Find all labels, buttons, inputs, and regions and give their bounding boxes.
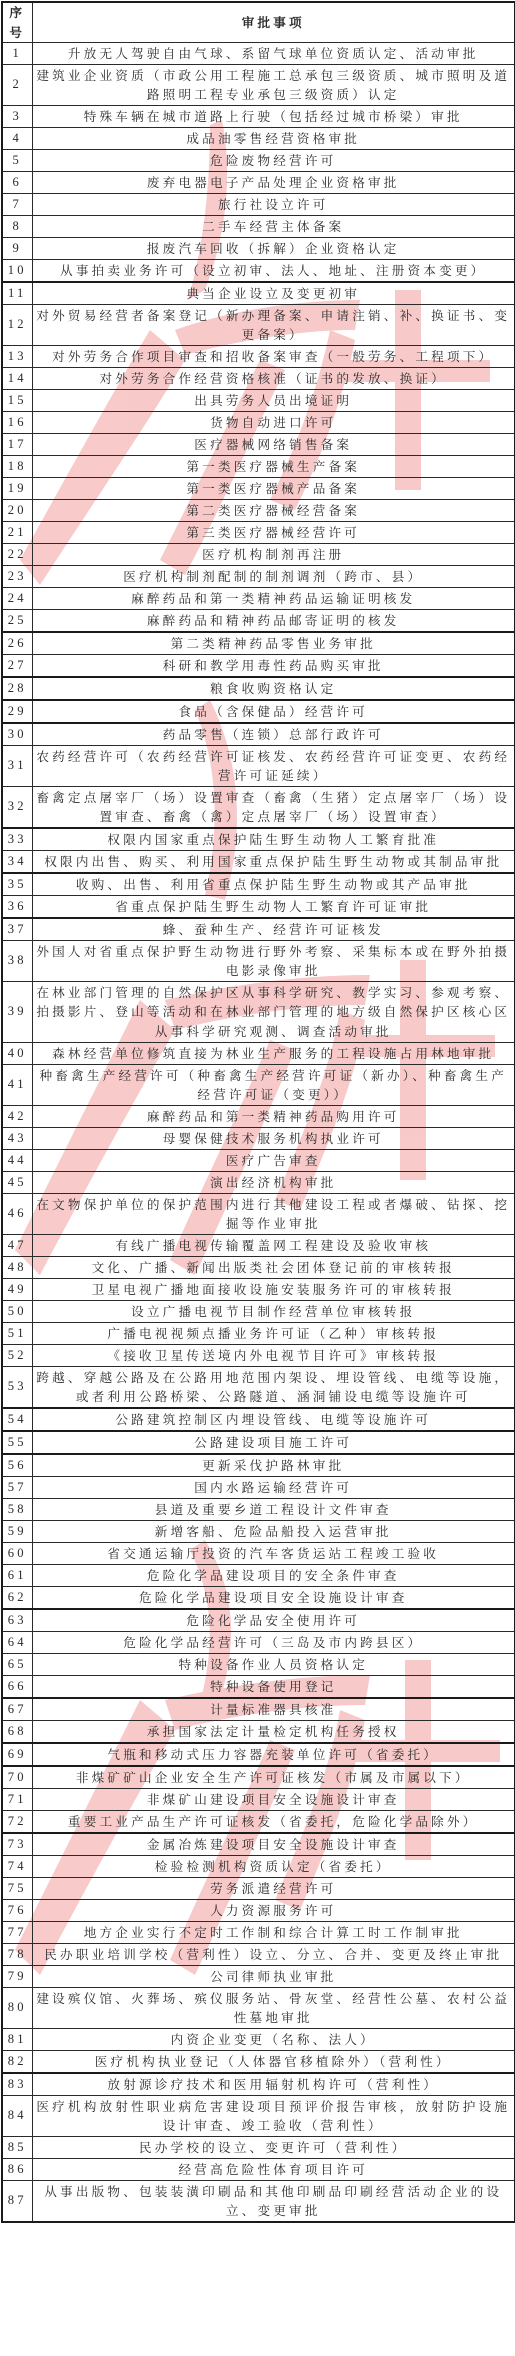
table-row: 6废弃电器电子产品处理企业资格审批 (2, 172, 515, 194)
row-number: 40 (2, 1043, 32, 1065)
table-row: 73金属冶炼建设项目安全设施设计审查 (2, 1833, 515, 1856)
row-number: 47 (2, 1235, 32, 1257)
approval-item-text: 对外劳务合作经营资格核准（证书的发放、换证） (32, 368, 515, 390)
row-number: 41 (2, 1065, 32, 1106)
table-row: 13对外劳务合作项目审查和招收备案审查（一般劳务、工程项下） (2, 346, 515, 368)
table-row: 39在林业部门管理的自然保护区从事科学研究、教学实习、参观考察、拍摄影片、登山等… (2, 982, 515, 1043)
row-number: 34 (2, 851, 32, 874)
approval-item-text: 经营高危险性体育项目许可 (32, 2159, 515, 2181)
table-row: 18第一类医疗器械生产备案 (2, 456, 515, 478)
approval-item-text: 演出经济机构审批 (32, 1172, 515, 1194)
table-row: 26第二类精神药品零售业务审批 (2, 632, 515, 655)
row-number: 72 (2, 1811, 32, 1834)
table-row: 56更新采伐护路林审批 (2, 1454, 515, 1477)
table-row: 5危险废物经营许可 (2, 150, 515, 172)
table-row: 17医疗器械网络销售备案 (2, 434, 515, 456)
approval-item-text: 民办职业培训学校（营利性）设立、分立、合并、变更及终止审批 (32, 1944, 515, 1966)
table-row: 19第一类医疗器械产品备案 (2, 478, 515, 500)
approval-item-text: 第三类医疗器械经营许可 (32, 522, 515, 544)
row-number: 19 (2, 478, 32, 500)
approval-item-text: 人力资源服务许可 (32, 1900, 515, 1922)
table-row: 38外国人对省重点保护野生动物进行野外考察、采集标本或在野外拍摄电影录像审批 (2, 941, 515, 982)
approval-item-text: 非煤矿矿山企业安全生产许可证核发（市属及市属以下） (32, 1766, 515, 1789)
approval-item-text: 在林业部门管理的自然保护区从事科学研究、教学实习、参观考察、拍摄影片、登山等活动… (32, 982, 515, 1043)
approval-item-text: 特种设备作业人员资格认定 (32, 1654, 515, 1676)
approval-item-text: 危险化学品建设项目的安全条件审查 (32, 1565, 515, 1587)
table-row: 54公路建筑控制区内埋设管线、电缆等设施许可 (2, 1408, 515, 1431)
table-row: 37蜂、蚕种生产、经营许可证核发 (2, 918, 515, 941)
approval-item-text: 第二类医疗器械经营备案 (32, 500, 515, 522)
table-row: 74检验检测机构资质认定（省委托） (2, 1856, 515, 1878)
table-row: 68承担国家法定计量检定机构任务授权 (2, 1721, 515, 1744)
approval-item-text: 国内水路运输经营许可 (32, 1477, 515, 1499)
row-number: 3 (2, 106, 32, 128)
table-row: 16货物自动进口许可 (2, 412, 515, 434)
table-row: 60省交通运输厅投资的汽车客货运站工程竣工验收 (2, 1543, 515, 1565)
approval-item-text: 升放无人驾驶自由气球、系留气球单位资质认定、活动审批 (32, 43, 515, 65)
approval-item-text: 承担国家法定计量检定机构任务授权 (32, 1721, 515, 1744)
approval-item-text: 科研和教学用毒性药品购买审批 (32, 655, 515, 678)
table-row: 57国内水路运输经营许可 (2, 1477, 515, 1499)
table-row: 34权限内出售、购买、利用国家重点保护陆生野生动物或其制品审批 (2, 851, 515, 874)
row-number: 43 (2, 1128, 32, 1150)
row-number: 23 (2, 566, 32, 588)
table-row: 69气瓶和移动式压力容器充装单位许可（省委托） (2, 1743, 515, 1766)
approval-item-text: 蜂、蚕种生产、经营许可证核发 (32, 918, 515, 941)
approval-item-text: 公路建筑控制区内埋设管线、电缆等设施许可 (32, 1408, 515, 1431)
table-row: 22医疗机构制剂再注册 (2, 544, 515, 566)
table-row: 27科研和教学用毒性药品购买审批 (2, 655, 515, 678)
row-number: 29 (2, 700, 32, 723)
row-number: 86 (2, 2159, 32, 2181)
row-number: 24 (2, 588, 32, 610)
table-row: 36省重点保护陆生野生动物人工繁育许可证审批 (2, 896, 515, 919)
row-number: 84 (2, 2096, 32, 2137)
approval-item-text: 金属冶炼建设项目安全设施设计审查 (32, 1833, 515, 1856)
approval-item-text: 卫星电视广播地面接收设施安装服务许可的审核转报 (32, 1279, 515, 1301)
table-row: 84医疗机构放射性职业病危害建设项目预评价报告审核，放射防护设施设计审查、竣工验… (2, 2096, 515, 2137)
table-row: 31农药经营许可（农药经营许可证核发、农药经营许可证变更、农药经营许可证延续） (2, 746, 515, 787)
table-row: 71非煤矿山建设项目安全设施设计审查 (2, 1789, 515, 1811)
row-number: 55 (2, 1431, 32, 1454)
table-row: 20第二类医疗器械经营备案 (2, 500, 515, 522)
row-number: 33 (2, 828, 32, 851)
approval-item-text: 公路建设项目施工许可 (32, 1431, 515, 1454)
row-number: 68 (2, 1721, 32, 1744)
row-number: 80 (2, 1988, 32, 2029)
row-number: 85 (2, 2137, 32, 2159)
row-number: 49 (2, 1279, 32, 1301)
table-row: 62危险化学品建设项目安全设施设计审查 (2, 1587, 515, 1610)
approval-item-text: 从事出版物、包装装潢印刷品和其他印刷品印刷经营活动企业的设立、变更审批 (32, 2181, 515, 2223)
approval-item-text: 新增客船、危险品船投入运营审批 (32, 1521, 515, 1543)
approval-item-text: 农药经营许可（农药经营许可证核发、农药经营许可证变更、农药经营许可证延续） (32, 746, 515, 787)
row-number: 31 (2, 746, 32, 787)
table-row: 80建设殡仪馆、火葬场、殡仪服务站、骨灰堂、经营性公墓、农村公益性墓地审批 (2, 1988, 515, 2029)
table-row: 3特殊车辆在城市道路上行驶（包括经过城市桥梁）审批 (2, 106, 515, 128)
row-number: 9 (2, 238, 32, 260)
table-row: 67计量标准器具核准 (2, 1698, 515, 1721)
table-row: 64危险化学品经营许可（三岛及市内跨县区） (2, 1632, 515, 1654)
table-row: 50设立广播电视节目制作经营单位审核转报 (2, 1301, 515, 1323)
table-row: 55公路建设项目施工许可 (2, 1431, 515, 1454)
table-row: 85民办学校的设立、变更许可（营利性） (2, 2137, 515, 2159)
row-number: 56 (2, 1454, 32, 1477)
row-number: 82 (2, 2051, 32, 2074)
row-number: 57 (2, 1477, 32, 1499)
row-number: 12 (2, 305, 32, 346)
row-number: 32 (2, 787, 32, 829)
row-number: 20 (2, 500, 32, 522)
approval-item-text: 森林经营单位修筑直接为林业生产服务的工程设施占用林地审批 (32, 1043, 515, 1065)
row-number: 60 (2, 1543, 32, 1565)
approval-item-text: 有线广播电视传输覆盖网工程建设及验收审核 (32, 1235, 515, 1257)
approval-item-text: 货物自动进口许可 (32, 412, 515, 434)
approval-item-text: 计量标准器具核准 (32, 1698, 515, 1721)
row-number: 62 (2, 1587, 32, 1610)
table-row: 66特种设备使用登记 (2, 1676, 515, 1699)
approval-items-table: 序号 审批事项 1升放无人驾驶自由气球、系留气球单位资质认定、活动审批2建筑业企… (1, 1, 515, 2223)
row-number: 42 (2, 1106, 32, 1128)
table-row: 32畜禽定点屠宰厂（场）设置审查（畜禽（生猪）定点屠宰厂（场）设置审查、畜禽（禽… (2, 787, 515, 829)
row-number: 25 (2, 610, 32, 633)
table-row: 45演出经济机构审批 (2, 1172, 515, 1194)
approval-item-text: 旅行社设立许可 (32, 194, 515, 216)
row-number: 87 (2, 2181, 32, 2223)
table-row: 35收购、出售、利用省重点保护陆生野生动物或其产品审批 (2, 873, 515, 896)
table-row: 2建筑业企业资质（市政公用工程施工总承包三级资质、城市照明及道路照明工程专业承包… (2, 65, 515, 106)
approval-item-text: 麻醉药品和精神药品邮寄证明的核发 (32, 610, 515, 633)
row-number: 11 (2, 282, 32, 305)
row-number: 76 (2, 1900, 32, 1922)
row-number: 63 (2, 1609, 32, 1632)
row-number: 22 (2, 544, 32, 566)
table-row: 83放射源诊疗技术和医用辐射机构许可（营利性） (2, 2073, 515, 2096)
table-row: 40森林经营单位修筑直接为林业生产服务的工程设施占用林地审批 (2, 1043, 515, 1065)
row-number: 7 (2, 194, 32, 216)
row-number: 58 (2, 1499, 32, 1521)
table-row: 14对外劳务合作经营资格核准（证书的发放、换证） (2, 368, 515, 390)
row-number: 17 (2, 434, 32, 456)
row-number: 30 (2, 723, 32, 746)
row-number: 2 (2, 65, 32, 106)
table-row: 42麻醉药品和第一类精神药品购用许可 (2, 1106, 515, 1128)
approval-item-text: 危险废物经营许可 (32, 150, 515, 172)
table-row: 65特种设备作业人员资格认定 (2, 1654, 515, 1676)
approval-item-text: 第一类医疗器械产品备案 (32, 478, 515, 500)
approval-item-text: 广播电视视频点播业务许可证（乙种）审核转报 (32, 1323, 515, 1345)
approval-item-text: 民办学校的设立、变更许可（营利性） (32, 2137, 515, 2159)
table-row: 33权限内国家重点保护陆生野生动物人工繁育批准 (2, 828, 515, 851)
table-header-row: 序号 审批事项 (2, 2, 515, 43)
approval-item-text: 母婴保健技术服务机构执业许可 (32, 1128, 515, 1150)
row-number: 39 (2, 982, 32, 1043)
table-row: 79公司律师执业审批 (2, 1966, 515, 1988)
approval-item-text: 麻醉药品和第一类精神药品购用许可 (32, 1106, 515, 1128)
table-row: 87从事出版物、包装装潢印刷品和其他印刷品印刷经营活动企业的设立、变更审批 (2, 2181, 515, 2223)
approval-item-text: 医疗广告审查 (32, 1150, 515, 1172)
row-number: 50 (2, 1301, 32, 1323)
row-number: 21 (2, 522, 32, 544)
approval-item-text: 权限内国家重点保护陆生野生动物人工繁育批准 (32, 828, 515, 851)
row-number: 35 (2, 873, 32, 896)
approval-item-text: 内资企业变更（名称、法人） (32, 2029, 515, 2051)
table-row: 47有线广播电视传输覆盖网工程建设及验收审核 (2, 1235, 515, 1257)
approval-item-text: 气瓶和移动式压力容器充装单位许可（省委托） (32, 1743, 515, 1766)
row-number: 26 (2, 632, 32, 655)
row-number: 54 (2, 1408, 32, 1431)
row-number: 65 (2, 1654, 32, 1676)
approval-item-text: 放射源诊疗技术和医用辐射机构许可（营利性） (32, 2073, 515, 2096)
row-number: 36 (2, 896, 32, 919)
row-number: 44 (2, 1150, 32, 1172)
approval-item-text: 废弃电器电子产品处理企业资格审批 (32, 172, 515, 194)
table-row: 78民办职业培训学校（营利性）设立、分立、合并、变更及终止审批 (2, 1944, 515, 1966)
approval-item-text: 二手车经营主体备案 (32, 216, 515, 238)
approval-item-text: 县道及重要乡道工程设计文件审查 (32, 1499, 515, 1521)
row-number: 6 (2, 172, 32, 194)
row-number: 37 (2, 918, 32, 941)
row-number: 5 (2, 150, 32, 172)
table-row: 9报废汽车回收（拆解）企业资格认定 (2, 238, 515, 260)
row-number: 66 (2, 1676, 32, 1699)
table-row: 4成品油零售经营资格审批 (2, 128, 515, 150)
approval-item-text: 特种设备使用登记 (32, 1676, 515, 1699)
approval-item-text: 麻醉药品和第一类精神药品运输证明核发 (32, 588, 515, 610)
approval-item-text: 危险化学品安全使用许可 (32, 1609, 515, 1632)
row-number: 77 (2, 1922, 32, 1944)
approval-item-text: 第一类医疗器械生产备案 (32, 456, 515, 478)
table-row: 49卫星电视广播地面接收设施安装服务许可的审核转报 (2, 1279, 515, 1301)
table-row: 51广播电视视频点播业务许可证（乙种）审核转报 (2, 1323, 515, 1345)
table-row: 70非煤矿矿山企业安全生产许可证核发（市属及市属以下） (2, 1766, 515, 1789)
row-number: 46 (2, 1194, 32, 1235)
row-number: 38 (2, 941, 32, 982)
approval-item-text: 医疗机构执业登记（人体器官移植除外）（营利性） (32, 2051, 515, 2074)
table-row: 7旅行社设立许可 (2, 194, 515, 216)
row-number: 1 (2, 43, 32, 65)
row-number: 61 (2, 1565, 32, 1587)
row-number: 53 (2, 1367, 32, 1409)
table-row: 81内资企业变更（名称、法人） (2, 2029, 515, 2051)
table-row: 82医疗机构执业登记（人体器官移植除外）（营利性） (2, 2051, 515, 2074)
table-row: 77地方企业实行不定时工作制和综合计算工时工作制审批 (2, 1922, 515, 1944)
table-row: 72重要工业产品生产许可证核发（省委托，危险化学品除外） (2, 1811, 515, 1834)
table-row: 28粮食收购资格认定 (2, 677, 515, 700)
approval-item-text: 建设殡仪馆、火葬场、殡仪服务站、骨灰堂、经营性公墓、农村公益性墓地审批 (32, 1988, 515, 2029)
row-number: 18 (2, 456, 32, 478)
approval-item-text: 报废汽车回收（拆解）企业资格认定 (32, 238, 515, 260)
approval-item-text: 对外劳务合作项目审查和招收备案审查（一般劳务、工程项下） (32, 346, 515, 368)
approval-item-text: 劳务派遣经营许可 (32, 1878, 515, 1900)
table-row: 10从事拍卖业务许可（设立初审、法人、地址、注册资本变更） (2, 260, 515, 283)
approval-item-text: 畜禽定点屠宰厂（场）设置审查（畜禽（生猪）定点屠宰厂（场）设置审查、畜禽（禽）定… (32, 787, 515, 829)
approval-item-text: 在文物保护单位的保护范围内进行其他建设工程或者爆破、钻探、挖掘等作业审批 (32, 1194, 515, 1235)
table-row: 24麻醉药品和第一类精神药品运输证明核发 (2, 588, 515, 610)
row-number: 67 (2, 1698, 32, 1721)
approval-item-text: 跨越、穿越公路及在公路用地范围内架设、埋设管线、电缆等设施，或者利用公路桥梁、公… (32, 1367, 515, 1409)
table-row: 46在文物保护单位的保护范围内进行其他建设工程或者爆破、钻探、挖掘等作业审批 (2, 1194, 515, 1235)
table-row: 30药品零售（连锁）总部行政许可 (2, 723, 515, 746)
approval-item-text: 危险化学品建设项目安全设施设计审查 (32, 1587, 515, 1610)
column-header-number: 序号 (2, 2, 32, 43)
approval-item-text: 食品（含保健品）经营许可 (32, 700, 515, 723)
approval-item-text: 建筑业企业资质（市政公用工程施工总承包三级资质、城市照明及道路照明工程专业承包三… (32, 65, 515, 106)
approval-item-text: 粮食收购资格认定 (32, 677, 515, 700)
row-number: 10 (2, 260, 32, 283)
approval-item-text: 地方企业实行不定时工作制和综合计算工时工作制审批 (32, 1922, 515, 1944)
approval-item-text: 从事拍卖业务许可（设立初审、法人、地址、注册资本变更） (32, 260, 515, 283)
row-number: 27 (2, 655, 32, 678)
row-number: 69 (2, 1743, 32, 1766)
approval-item-text: 药品零售（连锁）总部行政许可 (32, 723, 515, 746)
row-number: 15 (2, 390, 32, 412)
row-number: 14 (2, 368, 32, 390)
table-row: 41种畜禽生产经营许可（种畜禽生产经营许可证（新办）、种畜禽生产经营许可证（变更… (2, 1065, 515, 1106)
table-row: 63危险化学品安全使用许可 (2, 1609, 515, 1632)
column-header-approval-item: 审批事项 (32, 2, 515, 43)
approval-item-text: 第二类精神药品零售业务审批 (32, 632, 515, 655)
approval-item-text: 典当企业设立及变更初审 (32, 282, 515, 305)
approval-item-text: 种畜禽生产经营许可（种畜禽生产经营许可证（新办）、种畜禽生产经营许可证（变更）） (32, 1065, 515, 1106)
row-number: 81 (2, 2029, 32, 2051)
row-number: 8 (2, 216, 32, 238)
approval-item-text: 出具劳务人员出境证明 (32, 390, 515, 412)
approval-item-text: 医疗器械网络销售备案 (32, 434, 515, 456)
approval-item-text: 检验检测机构资质认定（省委托） (32, 1856, 515, 1878)
table-row: 8二手车经营主体备案 (2, 216, 515, 238)
table-row: 58县道及重要乡道工程设计文件审查 (2, 1499, 515, 1521)
approval-item-text: 危险化学品经营许可（三岛及市内跨县区） (32, 1632, 515, 1654)
table-row: 59新增客船、危险品船投入运营审批 (2, 1521, 515, 1543)
approval-item-text: 外国人对省重点保护野生动物进行野外考察、采集标本或在野外拍摄电影录像审批 (32, 941, 515, 982)
row-number: 45 (2, 1172, 32, 1194)
row-number: 64 (2, 1632, 32, 1654)
row-number: 51 (2, 1323, 32, 1345)
row-number: 74 (2, 1856, 32, 1878)
table-row: 12对外贸易经营者备案登记（新办理备案、申请注销、补、换证书、变更备案） (2, 305, 515, 346)
table-row: 76人力资源服务许可 (2, 1900, 515, 1922)
row-number: 4 (2, 128, 32, 150)
table-row: 61危险化学品建设项目的安全条件审查 (2, 1565, 515, 1587)
approval-item-text: 权限内出售、购买、利用国家重点保护陆生野生动物或其制品审批 (32, 851, 515, 874)
row-number: 73 (2, 1833, 32, 1856)
row-number: 59 (2, 1521, 32, 1543)
approval-item-text: 医疗机构放射性职业病危害建设项目预评价报告审核，放射防护设施设计审查、竣工验收（… (32, 2096, 515, 2137)
approval-item-text: 特殊车辆在城市道路上行驶（包括经过城市桥梁）审批 (32, 106, 515, 128)
approval-item-text: 《接收卫星传送境内外电视节目许可》审核转报 (32, 1345, 515, 1367)
approval-item-text: 文化、广播、新闻出版类社会团体登记前的审核转报 (32, 1257, 515, 1279)
table-row: 11典当企业设立及变更初审 (2, 282, 515, 305)
approval-item-text: 更新采伐护路林审批 (32, 1454, 515, 1477)
row-number: 52 (2, 1345, 32, 1367)
table-row: 75劳务派遣经营许可 (2, 1878, 515, 1900)
approval-item-text: 收购、出售、利用省重点保护陆生野生动物或其产品审批 (32, 873, 515, 896)
approval-item-text: 非煤矿山建设项目安全设施设计审查 (32, 1789, 515, 1811)
table-row: 43母婴保健技术服务机构执业许可 (2, 1128, 515, 1150)
row-number: 16 (2, 412, 32, 434)
approval-item-text: 公司律师执业审批 (32, 1966, 515, 1988)
table-row: 1升放无人驾驶自由气球、系留气球单位资质认定、活动审批 (2, 43, 515, 65)
approval-item-text: 成品油零售经营资格审批 (32, 128, 515, 150)
approval-item-text: 医疗机构制剂配制的制剂调剂（跨市、县） (32, 566, 515, 588)
row-number: 13 (2, 346, 32, 368)
row-number: 83 (2, 2073, 32, 2096)
table-row: 29食品（含保健品）经营许可 (2, 700, 515, 723)
approval-item-text: 省交通运输厅投资的汽车客货运站工程竣工验收 (32, 1543, 515, 1565)
table-row: 15出具劳务人员出境证明 (2, 390, 515, 412)
table-row: 23医疗机构制剂配制的制剂调剂（跨市、县） (2, 566, 515, 588)
approval-item-text: 省重点保护陆生野生动物人工繁育许可证审批 (32, 896, 515, 919)
table-row: 21第三类医疗器械经营许可 (2, 522, 515, 544)
row-number: 71 (2, 1789, 32, 1811)
table-row: 44医疗广告审查 (2, 1150, 515, 1172)
approval-item-text: 对外贸易经营者备案登记（新办理备案、申请注销、补、换证书、变更备案） (32, 305, 515, 346)
table-row: 53跨越、穿越公路及在公路用地范围内架设、埋设管线、电缆等设施，或者利用公路桥梁… (2, 1367, 515, 1409)
row-number: 79 (2, 1966, 32, 1988)
table-row: 48文化、广播、新闻出版类社会团体登记前的审核转报 (2, 1257, 515, 1279)
table-row: 25麻醉药品和精神药品邮寄证明的核发 (2, 610, 515, 633)
row-number: 28 (2, 677, 32, 700)
row-number: 70 (2, 1766, 32, 1789)
approval-item-text: 医疗机构制剂再注册 (32, 544, 515, 566)
approval-item-text: 设立广播电视节目制作经营单位审核转报 (32, 1301, 515, 1323)
row-number: 75 (2, 1878, 32, 1900)
table-body: 1升放无人驾驶自由气球、系留气球单位资质认定、活动审批2建筑业企业资质（市政公用… (2, 43, 515, 2223)
row-number: 48 (2, 1257, 32, 1279)
approval-item-text: 重要工业产品生产许可证核发（省委托，危险化学品除外） (32, 1811, 515, 1834)
row-number: 78 (2, 1944, 32, 1966)
table-row: 86经营高危险性体育项目许可 (2, 2159, 515, 2181)
table-row: 52《接收卫星传送境内外电视节目许可》审核转报 (2, 1345, 515, 1367)
